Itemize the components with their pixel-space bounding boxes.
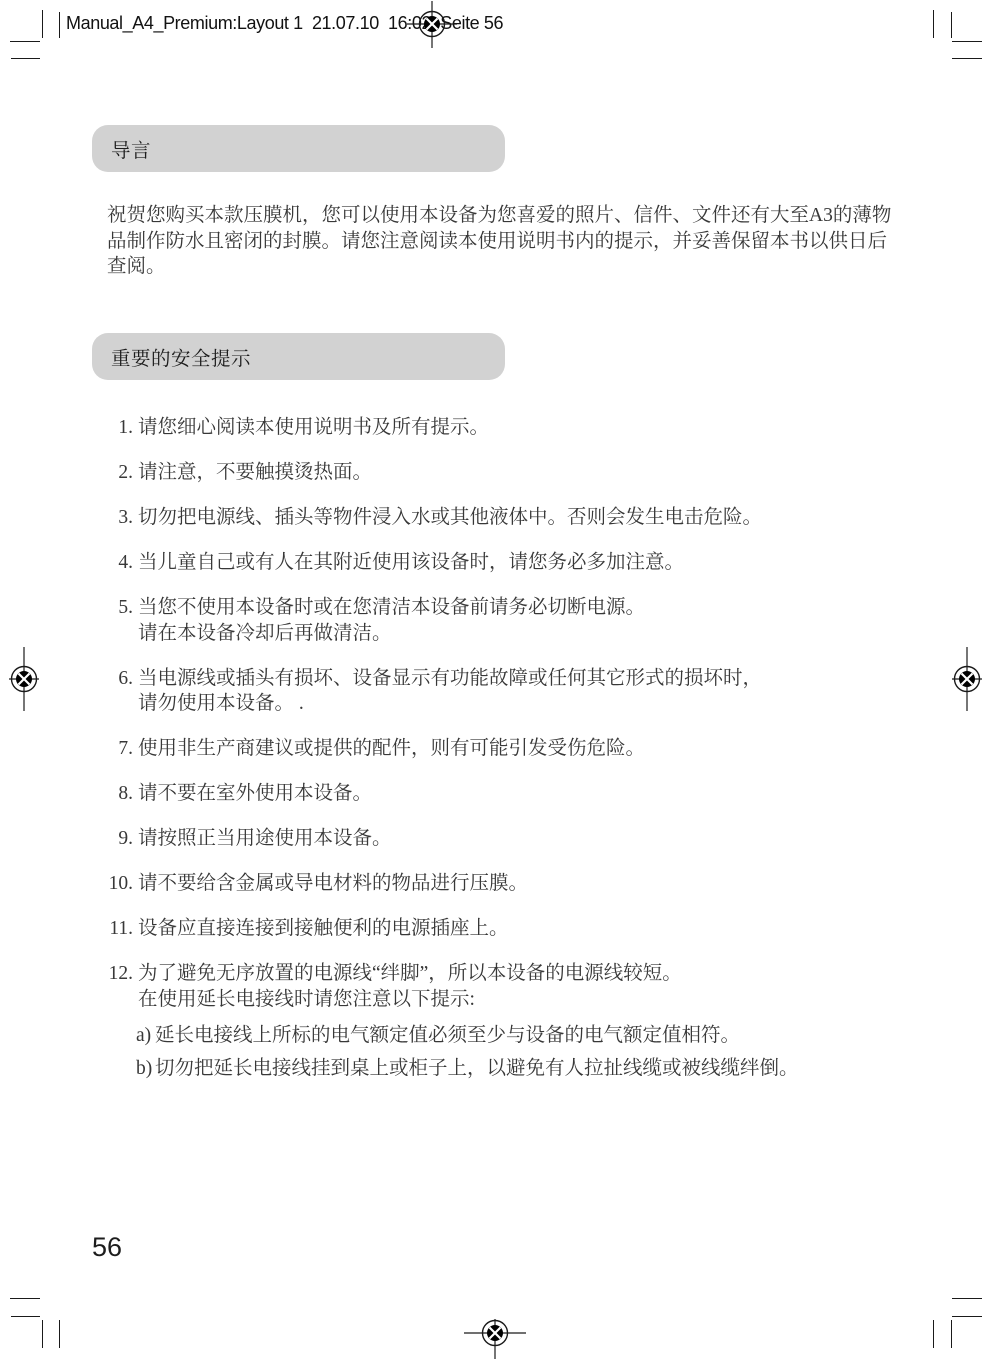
list-item-marker: b) — [136, 1056, 151, 1082]
intro-paragraph: 祝贺您购买本款压膜机，您可以使用本设备为您喜爱的照片、信件、文件还有大至A3的薄… — [107, 203, 897, 280]
list-item-marker: 2. — [103, 460, 133, 486]
list-item-marker: 1. — [103, 415, 133, 441]
list-item-text: 设备应直接连接到接触便利的电源插座上。 — [138, 916, 903, 942]
list-item-text: 请按照正当用途使用本设备。 — [138, 826, 903, 852]
list-item-text: 当电源线或插头有损坏、设备显示有功能故障或任何其它形式的损坏时， 请勿使用本设备… — [138, 666, 903, 717]
safety-list: 1. 请您细心阅读本使用说明书及所有提示。 2. 请注意，不要触摸烫热面。 3.… — [103, 415, 903, 1081]
crop-mark — [951, 12, 952, 38]
crop-mark — [952, 41, 982, 42]
list-item-marker: 11. — [103, 916, 133, 942]
crop-mark — [11, 58, 40, 59]
section-header-safety: 重要的安全提示 — [92, 333, 505, 380]
crop-mark — [951, 1320, 952, 1348]
crop-mark — [59, 12, 60, 38]
registration-mark-icon — [0, 647, 56, 711]
list-item-marker: 7. — [103, 736, 133, 762]
section-title: 重要的安全提示 — [111, 343, 251, 371]
crop-mark — [59, 1320, 60, 1348]
list-item: 11. 设备应直接连接到接触便利的电源插座上。 — [103, 916, 903, 942]
crop-mark — [933, 1320, 934, 1348]
crop-mark — [952, 58, 982, 59]
list-item-marker: a) — [136, 1023, 151, 1049]
list-item-text: 当您不使用本设备时或在您清洁本设备前请务必切断电源。 请在本设备冷却后再做清洁。 — [138, 595, 903, 646]
section-header-introduction: 导言 — [92, 125, 505, 172]
list-item-marker: 8. — [103, 781, 133, 807]
list-item-marker: 4. — [103, 550, 133, 576]
list-item: 2. 请注意，不要触摸烫热面。 — [103, 460, 903, 486]
registration-mark-icon — [935, 647, 993, 711]
list-item: a) 延长电接线上所标的电气额定值必须至少与设备的电气额定值相符。 — [136, 1023, 903, 1049]
crop-mark — [933, 10, 934, 38]
list-item: 5. 当您不使用本设备时或在您清洁本设备前请务必切断电源。 请在本设备冷却后再做… — [103, 595, 903, 646]
list-item: 10. 请不要给含金属或导电材料的物品进行压膜。 — [103, 871, 903, 897]
list-item-text: 切勿把电源线、插头等物件浸入水或其他液体中。否则会发生电击危险。 — [138, 505, 903, 531]
list-item: b) 切勿把延长电接线挂到桌上或柜子上，以避免有人拉扯线缆或被线缆绊倒。 — [136, 1056, 903, 1082]
list-item: 3. 切勿把电源线、插头等物件浸入水或其他液体中。否则会发生电击危险。 — [103, 505, 903, 531]
list-item-marker: 9. — [103, 826, 133, 852]
list-item-marker: 10. — [103, 871, 133, 897]
list-item: 7. 使用非生产商建议或提供的配件，则有可能引发受伤危险。 — [103, 736, 903, 762]
list-item-marker: 3. — [103, 505, 133, 531]
list-item-text: 为了避免无序放置的电源线“绊脚”，所以本设备的电源线较短。 在使用延长电接线时请… — [138, 961, 903, 1012]
list-item: 1. 请您细心阅读本使用说明书及所有提示。 — [103, 415, 903, 441]
list-item-text: 当儿童自己或有人在其附近使用该设备时，请您务必多加注意。 — [138, 550, 903, 576]
list-item-marker: 12. — [103, 961, 133, 1012]
section-title: 导言 — [111, 135, 151, 163]
list-item-text: 使用非生产商建议或提供的配件，则有可能引发受伤危险。 — [138, 736, 903, 762]
crop-mark — [952, 1316, 982, 1317]
page-number: 56 — [92, 1232, 122, 1263]
list-item-text: 请您细心阅读本使用说明书及所有提示。 — [138, 415, 903, 441]
crop-mark — [42, 1320, 43, 1348]
list-item-text: 请注意，不要触摸烫热面。 — [138, 460, 903, 486]
list-item-text: 延长电接线上所标的电气额定值必须至少与设备的电气额定值相符。 — [155, 1023, 903, 1049]
list-item: 4. 当儿童自己或有人在其附近使用该设备时，请您务必多加注意。 — [103, 550, 903, 576]
list-item-text: 切勿把延长电接线挂到桌上或柜子上，以避免有人拉扯线缆或被线缆绊倒。 — [155, 1056, 903, 1082]
list-item-text: 请不要在室外使用本设备。 — [138, 781, 903, 807]
list-item-text: 请不要给含金属或导电材料的物品进行压膜。 — [138, 871, 903, 897]
list-item: 9. 请按照正当用途使用本设备。 — [103, 826, 903, 852]
list-item: 12. 为了避免无序放置的电源线“绊脚”，所以本设备的电源线较短。 在使用延长电… — [103, 961, 903, 1012]
crop-mark — [11, 1316, 40, 1317]
crop-mark — [952, 1298, 982, 1299]
crop-mark — [10, 1298, 40, 1299]
crop-mark — [42, 10, 43, 38]
list-item: 6. 当电源线或插头有损坏、设备显示有功能故障或任何其它形式的损坏时， 请勿使用… — [103, 666, 903, 717]
manual-page: Manual_A4_Premium:Layout 1 21.07.10 16:0… — [0, 0, 993, 1359]
registration-mark-icon — [463, 1301, 527, 1359]
registration-mark-icon — [400, 0, 464, 56]
crop-mark — [10, 41, 40, 42]
list-item: 8. 请不要在室外使用本设备。 — [103, 781, 903, 807]
list-item-marker: 6. — [103, 666, 133, 717]
list-item-marker: 5. — [103, 595, 133, 646]
